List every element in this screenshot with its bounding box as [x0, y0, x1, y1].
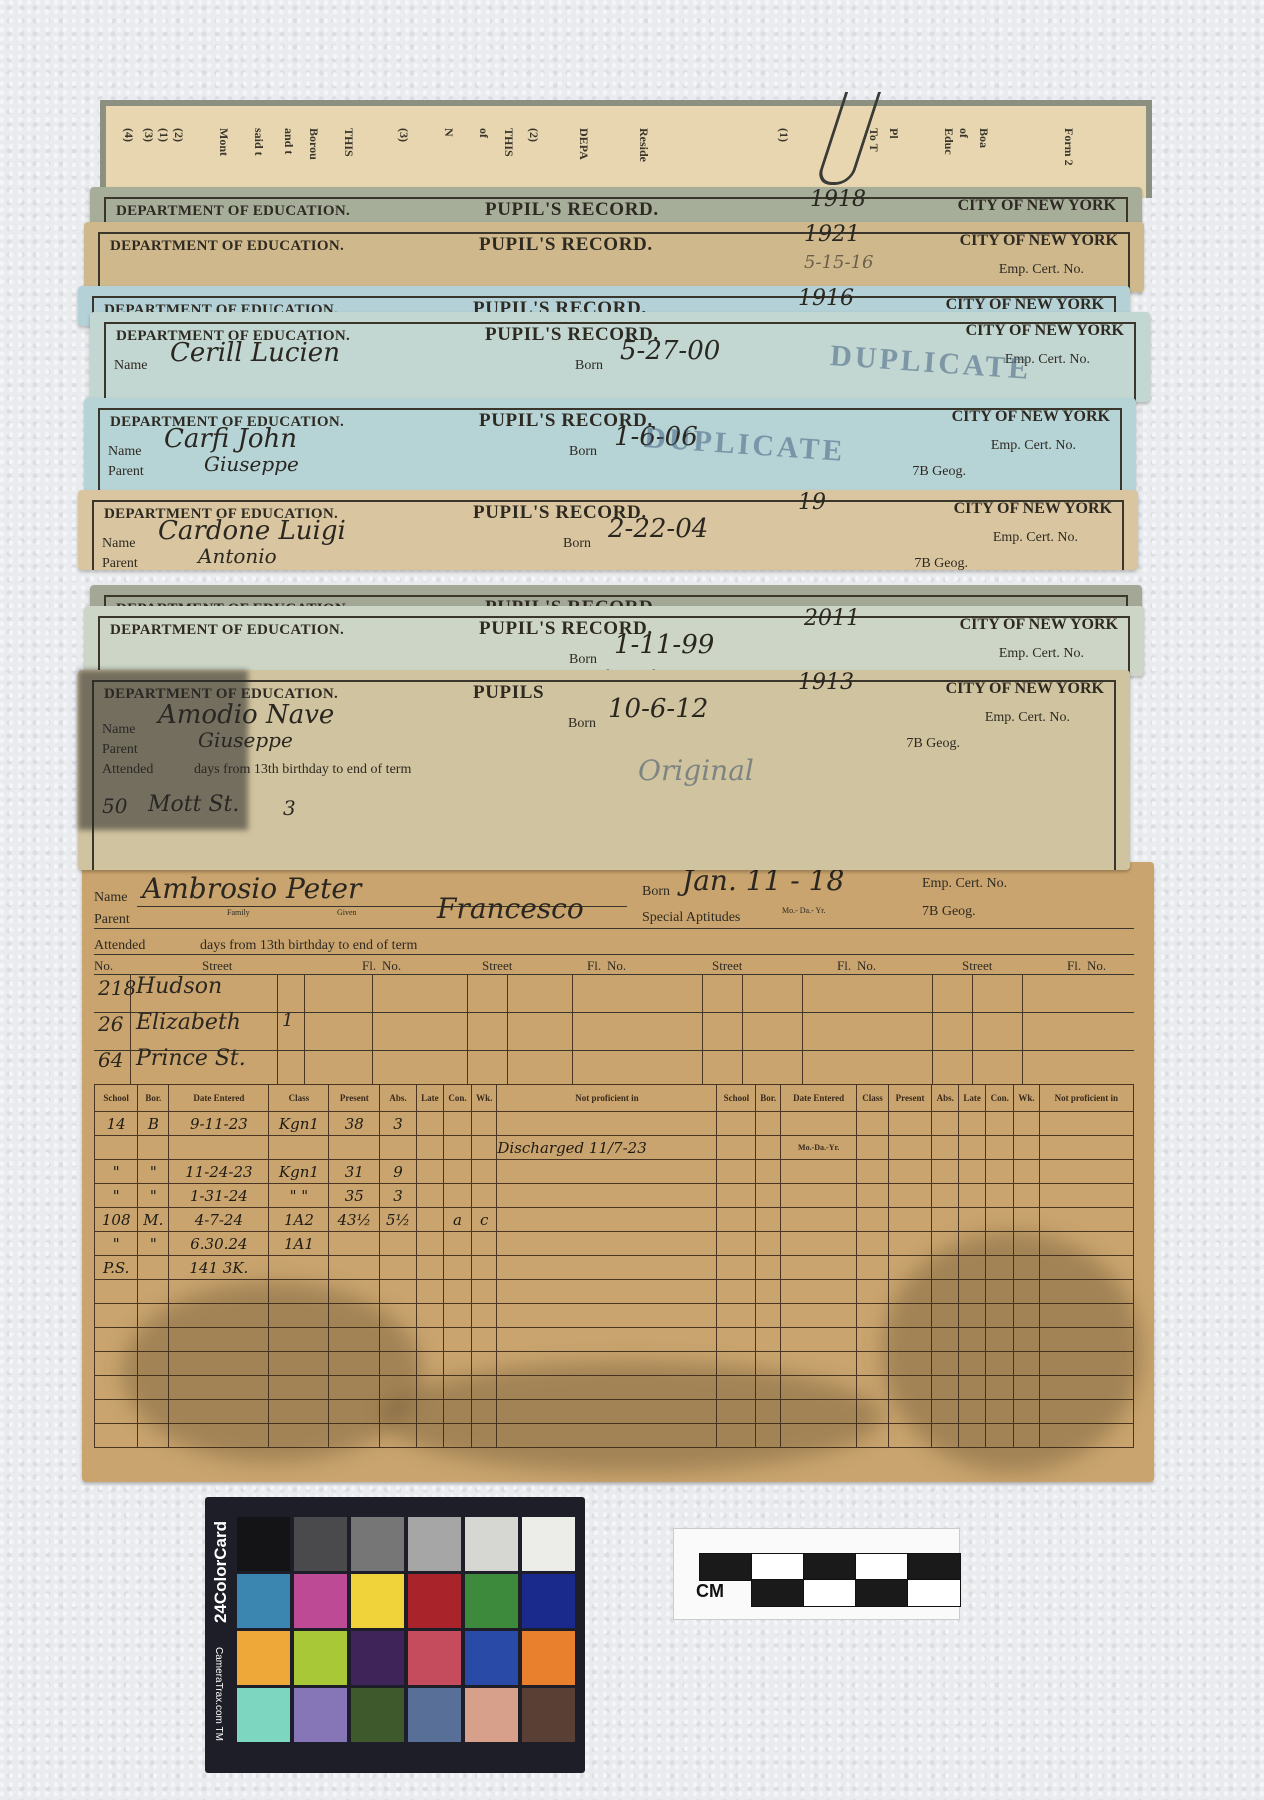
table-cell [986, 1208, 1014, 1232]
table-cell [472, 1280, 497, 1304]
table-cell [986, 1112, 1014, 1136]
table-cell [781, 1256, 857, 1280]
table-cell [781, 1280, 857, 1304]
table-cell [959, 1184, 986, 1208]
grid-col [802, 974, 803, 1084]
color-swatch [522, 1688, 575, 1742]
born-label: Born [568, 716, 596, 732]
table-cell [1039, 1184, 1133, 1208]
address-street: Elizabeth [136, 1010, 241, 1035]
table-cell [443, 1328, 471, 1352]
card-city: CITY OF NEW YORK [946, 680, 1104, 698]
grid-col [1022, 974, 1023, 1084]
table-cell [1014, 1184, 1039, 1208]
table-cell [756, 1304, 781, 1328]
table-cell [416, 1328, 443, 1352]
color-card-maker: CameraTrax.com TM [213, 1647, 224, 1741]
table-cell [717, 1232, 756, 1256]
table-row: ""11-24-23Kgn1319 [95, 1160, 1134, 1184]
address-col-header: Fl. [1067, 958, 1081, 974]
geog-label: 7B Geog. [914, 556, 968, 572]
table-cell [717, 1280, 756, 1304]
table-cell [169, 1136, 269, 1160]
card-title: PUPIL'S RECORD. [485, 199, 659, 221]
card-city: CITY OF NEW YORK [960, 232, 1118, 250]
card-city: CITY OF NEW YORK [958, 197, 1116, 215]
parent-label: Parent [102, 556, 138, 572]
card-born-date: 10-6-12 [608, 694, 708, 724]
card-city: CITY OF NEW YORK [960, 616, 1118, 634]
table-cell [857, 1304, 888, 1328]
table-cell: 11-24-23 [169, 1160, 269, 1184]
table-cell [472, 1160, 497, 1184]
table-cell [932, 1112, 959, 1136]
address-col-header: Fl. [587, 958, 601, 974]
color-swatch [408, 1688, 461, 1742]
table-cell [1014, 1208, 1039, 1232]
color-swatch [351, 1517, 404, 1571]
card-year-note: 1918 [810, 187, 866, 212]
column-header: Date Entered [169, 1085, 269, 1112]
address-col-header: No. [1087, 958, 1106, 974]
table-cell: 5½ [380, 1208, 417, 1232]
card-emp-cert: Emp. Cert. No. [999, 262, 1084, 278]
color-swatch [351, 1688, 404, 1742]
scale-segment-top [907, 1553, 961, 1581]
name-label: Name [108, 444, 141, 460]
table-cell [472, 1304, 497, 1328]
table-cell [443, 1232, 471, 1256]
given-label: Given [337, 908, 357, 917]
grid-col [702, 974, 703, 1084]
table-cell [380, 1256, 417, 1280]
table-cell [416, 1280, 443, 1304]
record-card: DEPARTMENT OF EDUCATION.PUPIL'S RECORD.C… [90, 312, 1150, 402]
grid-col [742, 974, 743, 1084]
address-col-header: Street [482, 958, 512, 974]
grid-col [972, 974, 973, 1084]
table-cell [1039, 1112, 1133, 1136]
table-row: ""1-31-24" "353 [95, 1184, 1134, 1208]
table-cell [1014, 1160, 1039, 1184]
born-label: Born [563, 536, 591, 552]
column-header: Late [416, 1085, 443, 1112]
table-cell [416, 1136, 443, 1160]
table-cell [756, 1208, 781, 1232]
table-cell [717, 1328, 756, 1352]
card-city: CITY OF NEW YORK [966, 322, 1124, 340]
grid-col [932, 974, 933, 1084]
table-cell: Kgn1 [269, 1112, 329, 1136]
scale-segment-bottom [803, 1579, 857, 1607]
color-swatch [465, 1517, 518, 1571]
table-cell [986, 1184, 1014, 1208]
table-row: 14B9-11-23Kgn1383 [95, 1112, 1134, 1136]
table-cell: P.S. [95, 1256, 138, 1280]
table-cell [857, 1184, 888, 1208]
grid-line [94, 974, 1134, 975]
attended-label: Attended [94, 938, 145, 954]
record-card: DEPARTMENT OF EDUCATION.PUPIL'S RECORD.C… [78, 490, 1138, 570]
table-cell [443, 1184, 471, 1208]
form-vertical-text: of [476, 128, 491, 138]
scale-segment-top [855, 1553, 909, 1581]
table-cell [443, 1160, 471, 1184]
address-no: 26 [98, 1012, 123, 1036]
table-cell [986, 1136, 1014, 1160]
card-title: PUPILS [473, 682, 544, 704]
table-cell [95, 1280, 138, 1304]
table-cell [416, 1256, 443, 1280]
color-swatch [237, 1631, 290, 1685]
table-cell [857, 1136, 888, 1160]
table-cell: a [443, 1208, 471, 1232]
table-cell [269, 1256, 329, 1280]
table-cell [717, 1256, 756, 1280]
table-cell [1014, 1136, 1039, 1160]
form-vertical-text: THIS [341, 128, 356, 157]
card-born-date: 1-11-99 [614, 630, 714, 660]
card-emp-cert: Emp. Cert. No. [991, 438, 1076, 454]
color-calibration-card: 24ColorCard CameraTrax.com TM [205, 1497, 585, 1773]
color-swatch [351, 1631, 404, 1685]
table-cell: 1-31-24 [169, 1184, 269, 1208]
address-fl: 3 [283, 796, 296, 820]
table-cell [959, 1136, 986, 1160]
form-vertical-text: (1) [776, 128, 791, 142]
table-cell [888, 1136, 932, 1160]
table-cell [472, 1256, 497, 1280]
card-city: CITY OF NEW YORK [954, 500, 1112, 518]
card-pupil-name: Carfi John [164, 424, 297, 454]
grid-col [467, 974, 468, 1084]
top-form: (4)(3)(1)(2)Montsaid tand tBorouTHIS(3)N… [100, 100, 1152, 198]
column-header: Con. [443, 1085, 471, 1112]
table-cell [857, 1280, 888, 1304]
color-swatch [408, 1517, 461, 1571]
table-cell [857, 1208, 888, 1232]
table-cell [932, 1160, 959, 1184]
color-card-brand: 24ColorCard [211, 1521, 231, 1623]
column-header: Class [857, 1085, 888, 1112]
card-title: PUPIL'S RECORD. [479, 234, 653, 256]
table-cell: 3 [380, 1184, 417, 1208]
form-vertical-text: Reside [636, 128, 651, 162]
front-record-card: ENT OF EDUCATION. PUPIL'S RECORD. Name A… [82, 862, 1154, 1482]
table-cell: c [472, 1208, 497, 1232]
emp-cert-label: Emp. Cert. No. [922, 876, 1007, 892]
card-parent-name: Antonio [198, 544, 277, 568]
address-street: Hudson [136, 974, 222, 999]
table-cell [781, 1304, 857, 1328]
table-cell [756, 1136, 781, 1160]
table-cell [959, 1160, 986, 1184]
scale-segment-top [751, 1553, 805, 1581]
table-cell [781, 1232, 857, 1256]
family-label: Family [227, 908, 250, 917]
card-parent-name: Giuseppe [204, 452, 299, 476]
table-cell [443, 1256, 471, 1280]
form-vertical-text: Boa [976, 128, 991, 148]
table-cell [717, 1136, 756, 1160]
table-cell [932, 1136, 959, 1160]
table-cell [717, 1160, 756, 1184]
card-born-date: 2-22-04 [608, 514, 708, 544]
column-header: Class [269, 1085, 329, 1112]
address-col-header: No. [94, 958, 113, 974]
column-header: Wk. [472, 1085, 497, 1112]
table-cell: " [138, 1160, 169, 1184]
card-year-note: 1921 [804, 222, 860, 247]
card-pupil-name: Cerill Lucien [170, 338, 340, 368]
table-cell [95, 1304, 138, 1328]
table-cell: 9 [380, 1160, 417, 1184]
address-col-header: No. [857, 958, 876, 974]
color-swatch [465, 1631, 518, 1685]
table-cell [416, 1112, 443, 1136]
table-cell [756, 1232, 781, 1256]
table-cell [497, 1112, 717, 1136]
form-vertical-text: DEPA [576, 128, 591, 160]
table-cell [717, 1184, 756, 1208]
table-cell [756, 1160, 781, 1184]
form-vertical-text: THIS [501, 128, 516, 157]
table-cell [781, 1352, 857, 1376]
card-born-date: 5-27-00 [620, 336, 720, 366]
table-cell [497, 1160, 717, 1184]
form-vertical-text: Pl [886, 128, 901, 139]
form-vertical-text: Form 2 [1061, 128, 1076, 166]
column-header: School [95, 1085, 138, 1112]
column-header: Present [888, 1085, 932, 1112]
table-cell [138, 1280, 169, 1304]
color-swatch [294, 1688, 347, 1742]
column-header: Date Entered [781, 1085, 857, 1112]
name-label: Name [114, 358, 147, 374]
grid-col [507, 974, 508, 1084]
aptitudes-label: Special Aptitudes [642, 910, 740, 926]
table-cell [443, 1112, 471, 1136]
table-cell [416, 1304, 443, 1328]
name-label: Name [94, 890, 127, 906]
table-cell [329, 1136, 380, 1160]
table-cell [443, 1304, 471, 1328]
color-swatch [237, 1517, 290, 1571]
column-header: School [717, 1085, 756, 1112]
table-cell: " [95, 1232, 138, 1256]
column-header: Bor. [138, 1085, 169, 1112]
table-header-row: SchoolBor.Date EnteredClassPresentAbs.La… [95, 1085, 1134, 1112]
ink-smudge [78, 670, 248, 830]
table-cell: 35 [329, 1184, 380, 1208]
original-stamp: Original [638, 754, 754, 787]
grid-col [572, 974, 573, 1084]
geog-label: 7B Geog. [922, 904, 976, 920]
table-cell [497, 1184, 717, 1208]
table-cell [959, 1208, 986, 1232]
table-cell: Discharged 11/7-23 [497, 1136, 717, 1160]
table-cell [443, 1352, 471, 1376]
scale-segment-bottom [855, 1579, 909, 1607]
parent-label: Parent [108, 464, 144, 480]
table-cell [959, 1112, 986, 1136]
born-label: Born [569, 444, 597, 460]
address-col-header: Street [712, 958, 742, 974]
form-vertical-text: (3) [141, 128, 156, 142]
color-swatch [465, 1688, 518, 1742]
scale-segment-top [803, 1553, 857, 1581]
table-cell: 3 [380, 1112, 417, 1136]
table-cell [416, 1208, 443, 1232]
form-vertical-text: said t [251, 128, 266, 156]
table-cell [1039, 1208, 1133, 1232]
record-card: DEPARTMENT OF EDUCATION.PUPIL'S RECORD.C… [84, 606, 1144, 676]
address-no: 64 [98, 1048, 123, 1072]
table-cell [416, 1160, 443, 1184]
card-year-note: 1916 [798, 286, 854, 311]
address-col-header: No. [607, 958, 626, 974]
table-cell [756, 1184, 781, 1208]
table-cell: 31 [329, 1160, 380, 1184]
form-vertical-text: of [956, 128, 971, 138]
form-vertical-text: (3) [396, 128, 411, 142]
color-swatch [522, 1631, 575, 1685]
table-cell [416, 1232, 443, 1256]
color-swatch [522, 1517, 575, 1571]
table-cell [95, 1424, 138, 1448]
form-vertical-text: Educ [941, 128, 956, 155]
table-cell [857, 1112, 888, 1136]
card-emp-cert: Emp. Cert. No. [999, 646, 1084, 662]
color-swatch [294, 1631, 347, 1685]
table-cell: 43½ [329, 1208, 380, 1232]
card-dept-header: DEPARTMENT OF EDUCATION. [110, 622, 344, 639]
table-cell: 108 [95, 1208, 138, 1232]
color-swatch [237, 1574, 290, 1628]
table-cell: 38 [329, 1112, 380, 1136]
parent-label: Parent [94, 912, 130, 928]
table-cell [95, 1136, 138, 1160]
table-cell [932, 1184, 959, 1208]
table-cell [497, 1328, 717, 1352]
record-card: DEPARTMENT OF EDUCATION.PUPIL'S RECORD.C… [84, 398, 1136, 498]
table-cell [497, 1232, 717, 1256]
table-cell [888, 1112, 932, 1136]
table-cell [781, 1112, 857, 1136]
table-cell: 141 3K. [169, 1256, 269, 1280]
card-city: CITY OF NEW YORK [952, 408, 1110, 426]
column-header: Not proficient in [1039, 1085, 1133, 1112]
color-swatch [351, 1574, 404, 1628]
form-vertical-text: (4) [121, 128, 136, 142]
form-vertical-text: Borou [306, 128, 321, 160]
pupil-name: Ambrosio Peter [142, 872, 361, 905]
table-cell: 6.30.24 [169, 1232, 269, 1256]
form-vertical-text: N [441, 128, 456, 137]
grid-col [372, 974, 373, 1084]
table-cell [781, 1160, 857, 1184]
table-cell [138, 1256, 169, 1280]
table-cell [888, 1232, 932, 1256]
card-extra-note: 5-15-16 [804, 252, 873, 273]
table-cell [329, 1232, 380, 1256]
table-cell: Kgn1 [269, 1160, 329, 1184]
born-label: Born [569, 652, 597, 668]
card-emp-cert: Emp. Cert. No. [985, 710, 1070, 726]
color-swatch [294, 1517, 347, 1571]
table-cell [380, 1232, 417, 1256]
column-header: Abs. [380, 1085, 417, 1112]
card-year-note: 19 [798, 490, 826, 515]
form-vertical-text: (2) [171, 128, 186, 142]
table-cell [756, 1256, 781, 1280]
table-cell [497, 1208, 717, 1232]
table-cell [497, 1304, 717, 1328]
table-cell: 1A2 [269, 1208, 329, 1232]
card-pupil-name: Cardone Luigi [158, 516, 346, 546]
table-cell [756, 1280, 781, 1304]
card-year-note: 1913 [798, 670, 854, 695]
born-label: Born [642, 884, 670, 900]
address-col-header: No. [382, 958, 401, 974]
color-swatch [237, 1688, 290, 1742]
centimeter-scale: CM [673, 1528, 960, 1620]
table-cell [416, 1184, 443, 1208]
column-header: Bor. [756, 1085, 781, 1112]
date-format-label: Mo.- Da.- Yr. [782, 906, 825, 915]
form-vertical-text: (2) [526, 128, 541, 142]
table-cell: 9-11-23 [169, 1112, 269, 1136]
table-cell: " [95, 1184, 138, 1208]
color-swatch [408, 1631, 461, 1685]
table-cell [717, 1208, 756, 1232]
column-header: Present [329, 1085, 380, 1112]
table-cell [443, 1280, 471, 1304]
table-cell: B [138, 1112, 169, 1136]
table-cell [329, 1256, 380, 1280]
card-year-note: 2011 [804, 606, 860, 631]
form-vertical-text: and t [281, 128, 296, 154]
table-cell [932, 1208, 959, 1232]
table-cell [857, 1256, 888, 1280]
table-cell [756, 1112, 781, 1136]
geog-label: 7B Geog. [906, 736, 960, 752]
name-label: Name [102, 536, 135, 552]
table-cell [717, 1112, 756, 1136]
grid-col [277, 974, 278, 1084]
table-cell [888, 1184, 932, 1208]
table-cell [986, 1160, 1014, 1184]
table-cell: 4-7-24 [169, 1208, 269, 1232]
table-row: Discharged 11/7-23Mo.-Da.-Yr. [95, 1136, 1134, 1160]
grid-col [304, 974, 305, 1084]
table-cell [781, 1328, 857, 1352]
grid-line [94, 1012, 1134, 1013]
attended-suffix: days from 13th birthday to end of term [200, 938, 417, 954]
table-cell [781, 1208, 857, 1232]
address-street: Prince St. [136, 1046, 246, 1071]
table-cell [138, 1136, 169, 1160]
table-cell [1039, 1136, 1133, 1160]
column-header: Wk. [1014, 1085, 1039, 1112]
color-swatch [465, 1574, 518, 1628]
card-dept-header: DEPARTMENT OF EDUCATION. [116, 203, 350, 220]
geog-label: 7B Geog. [912, 464, 966, 480]
color-swatch [522, 1574, 575, 1628]
table-cell [472, 1112, 497, 1136]
scale-label: CM [696, 1581, 724, 1602]
table-cell: " [95, 1160, 138, 1184]
